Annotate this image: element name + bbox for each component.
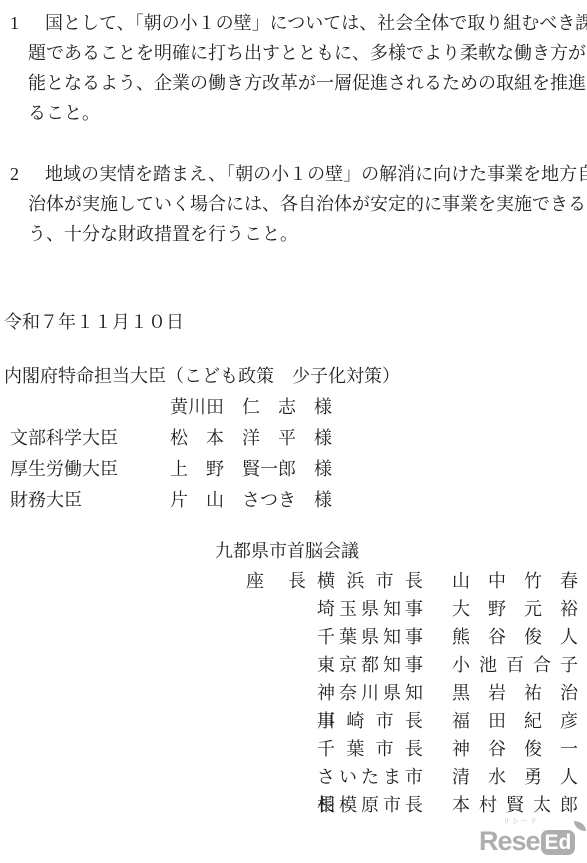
member-row-kawasaki: 川崎市長 福田紀彦 <box>0 707 587 735</box>
member-name-kamiya: 神谷俊一 <box>452 735 578 763</box>
document-date: 令和７年１１月１０日 <box>4 308 184 334</box>
member-title-tokyo-governor: 東京都知事 <box>317 651 423 679</box>
member-title-chiba-mayor: 千葉市長 <box>317 735 423 763</box>
clause-2-number: 2 <box>10 159 45 189</box>
clause-2-line-2: 治体が実施していく場合には、各自治体が安定的に事業を実施できるよ <box>10 189 585 219</box>
addressee-name-katayama: 片 山 さつき 様 <box>170 485 332 515</box>
addressee-office-mext: 文部科学大臣 <box>10 423 118 453</box>
clause-1-line-1: 1国として、「朝の小１の壁」については、社会全体で取り組むべき課 <box>10 8 585 38</box>
member-name-kuroiwa: 黒岩祐治 <box>452 679 578 707</box>
clause-2: 2地域の実情を踏まえ、「朝の小１の壁」の解消に向けた事業を地方自 治体が実施して… <box>10 159 585 249</box>
member-row-chiba-city: 千葉市長 神谷俊一 <box>0 735 587 763</box>
member-row-saitama-city: さいたま市長 清水勇人 <box>0 763 587 791</box>
reseed-wordmark-badge: Ed <box>541 830 576 855</box>
addressee-office-mof: 財務大臣 <box>10 485 82 515</box>
sender-organization: 九都県市首脳会議 <box>215 537 359 563</box>
clause-2-line-1-text: 地域の実情を踏まえ、「朝の小１の壁」の解消に向けた事業を地方自 <box>45 164 587 184</box>
addressee-row-mhlw-minister: 厚生労働大臣 上 野 賢一郎 様 <box>0 454 587 484</box>
member-title-yokohama-mayor: 横浜市長 <box>317 567 423 595</box>
member-name-koike: 小池百合子 <box>452 651 578 679</box>
member-name-shimizu: 清水勇人 <box>452 763 578 791</box>
member-title-chiba-governor: 千葉県知事 <box>317 623 423 651</box>
member-title-sagamihara-mayor: 相模原市長 <box>317 791 423 819</box>
clause-1-line-1-text: 国として、「朝の小１の壁」については、社会全体で取り組むべき課 <box>45 13 587 33</box>
leaf-icon <box>574 821 586 831</box>
member-role-chair: 座長 <box>246 567 306 595</box>
member-name-fukuda: 福田紀彦 <box>452 707 578 735</box>
clause-2-line-3: う、十分な財政措置を行うこと。 <box>10 219 585 249</box>
clause-1-line-4: ること。 <box>10 98 585 128</box>
reseed-wordmark: ReseEd <box>479 827 583 857</box>
member-row-yokohama: 座長 横浜市長 山中竹春 <box>0 567 587 595</box>
addressee-name-ueno: 上 野 賢一郎 様 <box>170 454 332 484</box>
member-row-tokyo: 東京都知事 小池百合子 <box>0 651 587 679</box>
addressee-office-cabinet: 内閣府特命担当大臣（こども政策 少子化対策） <box>4 362 400 388</box>
clause-1-number: 1 <box>10 8 45 38</box>
member-row-chiba-pref: 千葉県知事 熊谷俊人 <box>0 623 587 651</box>
member-name-motomura: 本村賢太郎 <box>452 791 578 819</box>
clause-1-line-3: 能となるよう、企業の働き方改革が一層促進されるための取組を推進す <box>10 68 585 98</box>
addressee-row-mext-minister: 文部科学大臣 松 本 洋 平 様 <box>0 423 587 453</box>
clause-1: 1国として、「朝の小１の壁」については、社会全体で取り組むべき課 題であることを… <box>10 8 585 128</box>
reseed-watermark: リシード ReseEd <box>479 817 583 857</box>
member-name-kumagai: 熊谷俊人 <box>452 623 578 651</box>
addressee-row-mof-minister: 財務大臣 片 山 さつき 様 <box>0 485 587 515</box>
addressee-name-kikawada: 黄川田 仁 志 様 <box>170 392 332 422</box>
addressee-office-mhlw: 厚生労働大臣 <box>10 454 118 484</box>
clause-1-line-2: 題であることを明確に打ち出すとともに、多様でより柔軟な働き方が可 <box>10 38 585 68</box>
reseed-wordmark-left: Rese <box>479 826 540 856</box>
clause-2-line-1: 2地域の実情を踏まえ、「朝の小１の壁」の解消に向けた事業を地方自 <box>10 159 585 189</box>
member-title-kawasaki-mayor: 川崎市長 <box>317 707 423 735</box>
member-row-saitama-pref: 埼玉県知事 大野元裕 <box>0 595 587 623</box>
addressee-name-matsumoto: 松 本 洋 平 様 <box>170 423 332 453</box>
member-row-kanagawa: 神奈川県知事 黒岩祐治 <box>0 679 587 707</box>
document-page: 1国として、「朝の小１の壁」については、社会全体で取り組むべき課 題であることを… <box>0 0 587 863</box>
member-name-yamanaka: 山中竹春 <box>452 567 578 595</box>
member-name-ono: 大野元裕 <box>452 595 578 623</box>
member-row-sagamihara: 相模原市長 本村賢太郎 <box>0 791 587 819</box>
member-title-saitama-governor: 埼玉県知事 <box>317 595 423 623</box>
addressee-row-cabinet-minister: 黄川田 仁 志 様 <box>0 392 587 422</box>
